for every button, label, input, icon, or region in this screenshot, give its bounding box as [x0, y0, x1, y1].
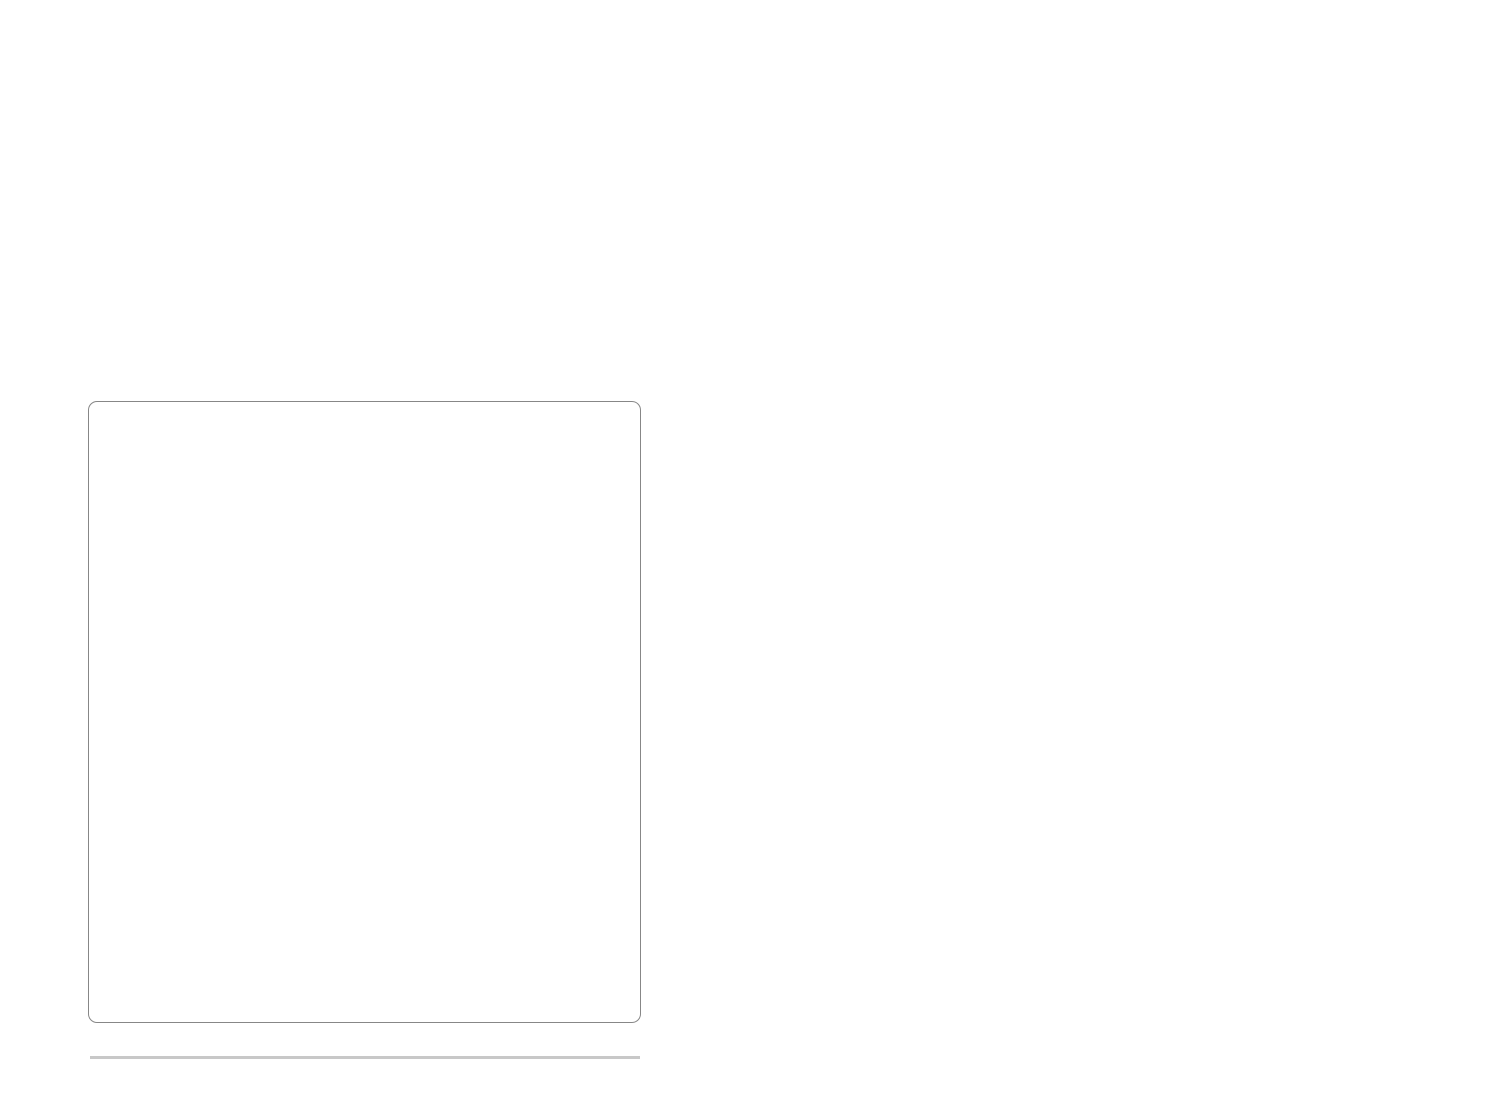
lower-volume-box	[88, 401, 641, 1023]
toc-page	[0, 0, 1512, 1111]
bottom-divider	[90, 1056, 640, 1059]
